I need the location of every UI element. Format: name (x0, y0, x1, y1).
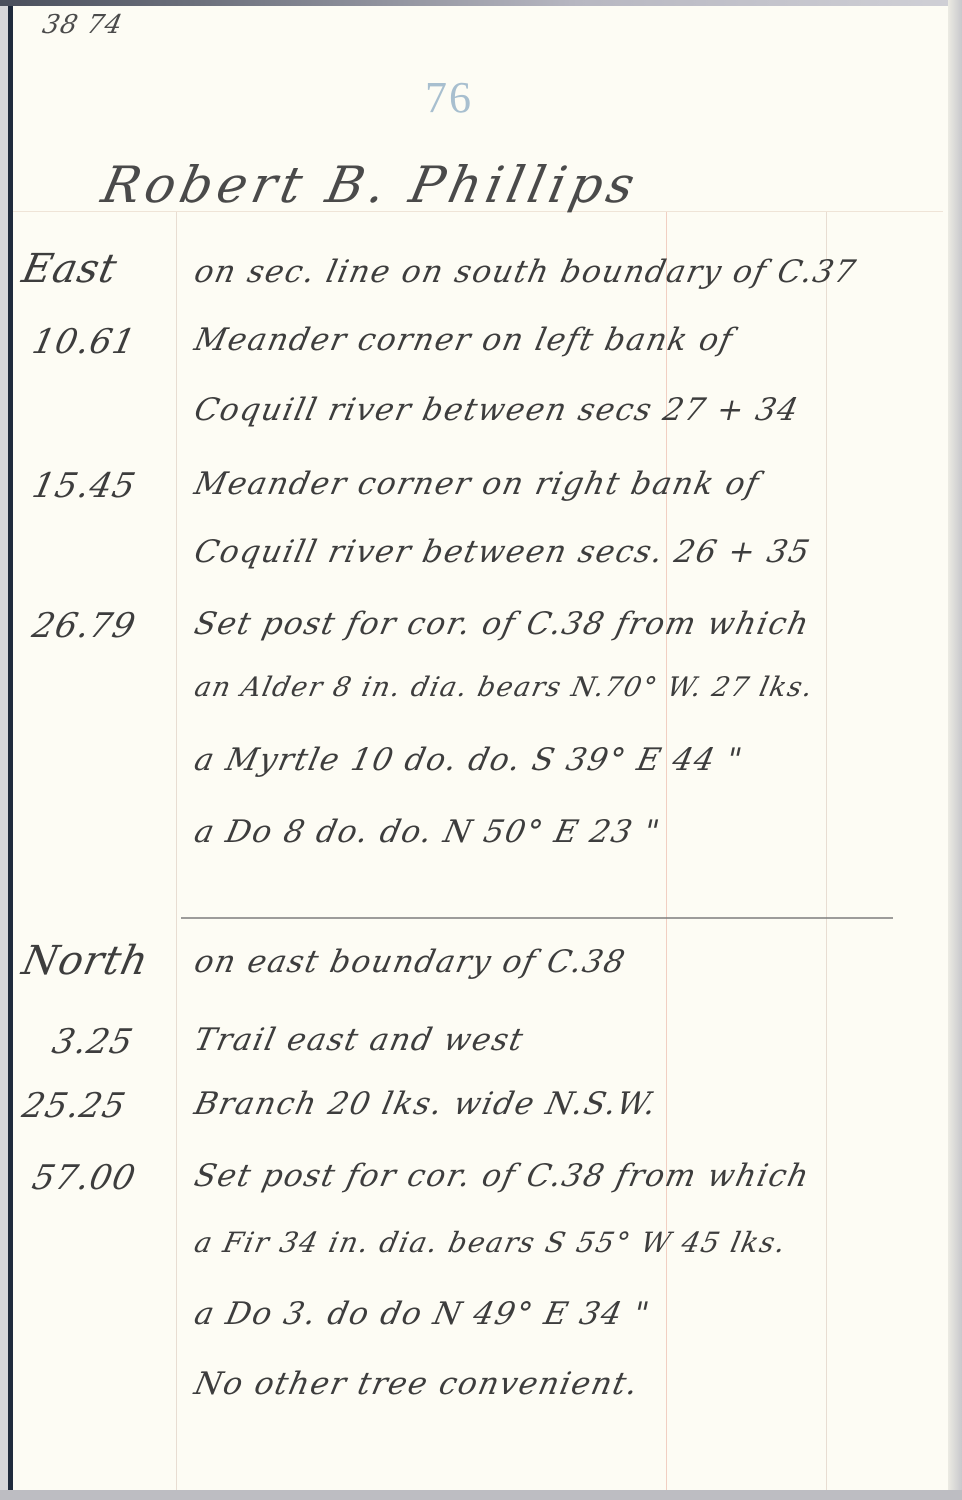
entry-text: Coquill river between secs 27 + 34 (191, 392, 802, 428)
entry-text: a Do 8 do. do. N 50° E 23 " (191, 814, 664, 850)
entry-text: a Do 3. do do N 49° E 34 " (191, 1296, 653, 1332)
entry-text: a Fir 34 in. dia. bears S 55° W 45 lks. (191, 1226, 789, 1259)
entry-text: Meander corner on right bank of (191, 466, 763, 502)
entry-text: Coquill river between secs. 26 + 35 (191, 534, 814, 570)
entry-distance: 3.25 (49, 1022, 137, 1062)
entry-text: No other tree convenient. (191, 1366, 642, 1402)
entry-text: an Alder 8 in. dia. bears N.70° W. 27 lk… (192, 672, 817, 703)
column-rule-right (826, 212, 827, 1490)
section-separator (181, 917, 893, 919)
margin-rule (176, 212, 177, 1490)
scan-bottom-edge (0, 1490, 962, 1500)
entry-text: Trail east and west (191, 1022, 527, 1058)
stamped-page-number: 76 (425, 72, 473, 123)
entry-distance: 57.00 (29, 1158, 140, 1198)
entry-distance: 15.45 (29, 466, 140, 506)
entry-text: Meander corner on left bank of (191, 322, 736, 358)
entry-text: Set post for cor. of C.38 from which (191, 606, 813, 642)
line-description: on east boundary of C.38 (191, 944, 629, 980)
entry-text: Set post for cor. of C.38 from which (191, 1158, 813, 1194)
entry-distance: 26.79 (29, 606, 140, 646)
page-reference: 38 74 (40, 10, 126, 40)
entry-distance: 25.25 (19, 1086, 130, 1126)
surveyor-name: Robert B. Phillips (97, 156, 645, 214)
entry-distance: 10.61 (29, 322, 140, 362)
line-direction: North (18, 938, 153, 984)
line-description: on sec. line on south boundary of C.37 (191, 254, 860, 290)
line-direction: East (18, 246, 121, 292)
scan-right-edge (948, 0, 962, 1500)
entry-text: Branch 20 lks. wide N.S.W. (191, 1086, 660, 1122)
entry-text: a Myrtle 10 do. do. S 39° E 44 " (191, 742, 746, 778)
ledger-page: 38 74 76 Robert B. Phillips East on sec.… (8, 6, 954, 1490)
